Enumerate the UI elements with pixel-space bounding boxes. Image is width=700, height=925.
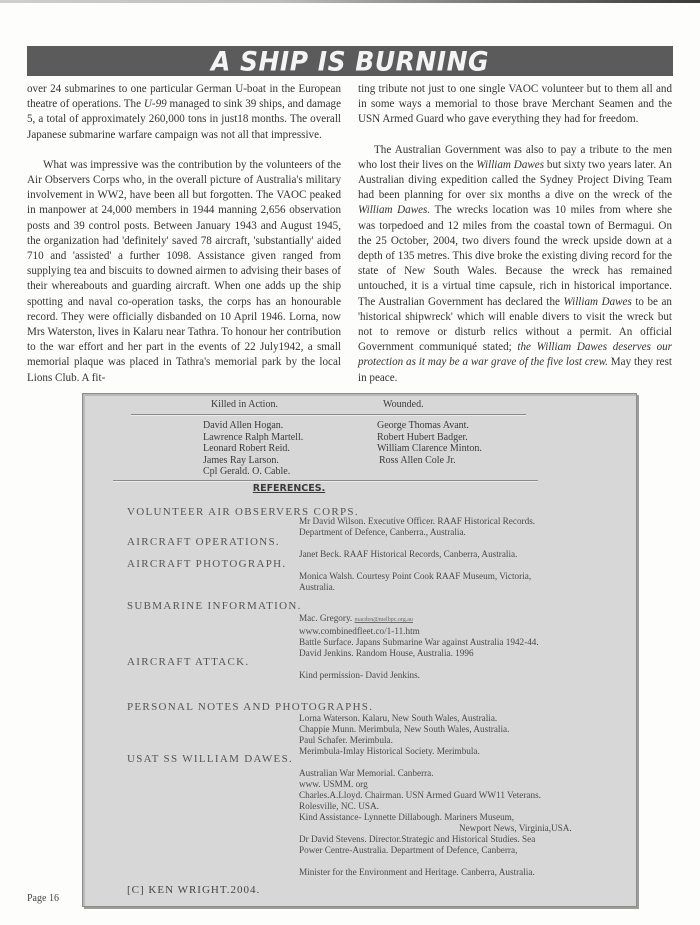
ref-sources-volunteer-air-observers: Mr David Wilson. Executive Officer. RAAF… [299,516,535,538]
left-paragraph-2: What was impressive was the contribution… [27,158,341,386]
killed-name: Cpl Gerald. O. Cable. [203,466,303,478]
wounded-name: Robert Hubert Badger. [377,432,482,444]
killed-header: Killed in Action. [211,399,278,410]
ref-heading-aircraft-operations: AIRCRAFT OPERATIONS. [127,536,280,548]
left-column: over 24 submarines to one particular Ger… [27,82,341,401]
ref-heading-usat-ss-william-dawes: USAT SS WILLIAM DAWES. [127,753,293,765]
wounded-name: Ross Allen Cole Jr. [377,455,482,467]
ref-heading-aircraft-photograph: AIRCRAFT PHOTOGRAPH. [127,558,286,570]
divider [131,414,526,416]
casualties-references-box: Killed in Action. Wounded. David Allen H… [82,393,637,907]
ref-sources-submarine-information: Mac. Gregory. macden@melbpc.org.au www.c… [299,613,539,659]
ref-sources-personal-notes: Lorna Waterson. Kalaru, New South Wales,… [299,713,509,757]
email-link[interactable]: macden@melbpc.org.au [355,617,413,623]
ref-heading-aircraft-attack: AIRCRAFT ATTACK. [127,656,249,668]
killed-list: David Allen Hogan. Lawrence Ralph Martel… [203,420,303,478]
killed-name: James Ray Larson. [203,455,303,467]
killed-name: David Allen Hogan. [203,420,303,432]
right-paragraph-2: The Australian Government was also to pa… [358,143,672,386]
right-column: ting tribute not just to one single VAOC… [358,82,672,401]
title-banner: A SHIP IS BURNING [27,46,673,76]
killed-name: Leonard Robert Reid. [203,443,303,455]
references-title: REFERENCES. [83,483,495,494]
article-title: A SHIP IS BURNING [211,46,489,76]
page-top-edge [0,0,700,3]
killed-name: Lawrence Ralph Martell. [203,432,303,444]
divider [113,480,538,482]
right-paragraph-1: ting tribute not just to one single VAOC… [358,82,672,128]
wounded-header: Wounded. [383,399,424,410]
ref-sources-aircraft-attack: Kind permission- David Jenkins. [299,670,420,681]
ref-heading-personal-notes: PERSONAL NOTES AND PHOTOGRAPHS. [127,701,373,713]
wounded-name: George Thomas Avant. [377,420,482,432]
ref-heading-submarine-information: SUBMARINE INFORMATION. [127,600,302,612]
wounded-list: George Thomas Avant. Robert Hubert Badge… [377,420,482,466]
left-paragraph-1: over 24 submarines to one particular Ger… [27,82,341,143]
ref-sources-usat-ss-william-dawes: Australian War Memorial. Canberra. www. … [299,768,572,878]
copyright-line: [C] KEN WRIGHT.2004. [127,884,260,896]
wounded-name: William Clarence Minton. [377,443,482,455]
page-number: Page 16 [27,893,59,904]
ref-sources-aircraft-operations: Janet Beck. RAAF Historical Records, Can… [299,549,517,560]
ref-sources-aircraft-photograph: Monica Walsh. Courtesy Point Cook RAAF M… [299,571,531,593]
